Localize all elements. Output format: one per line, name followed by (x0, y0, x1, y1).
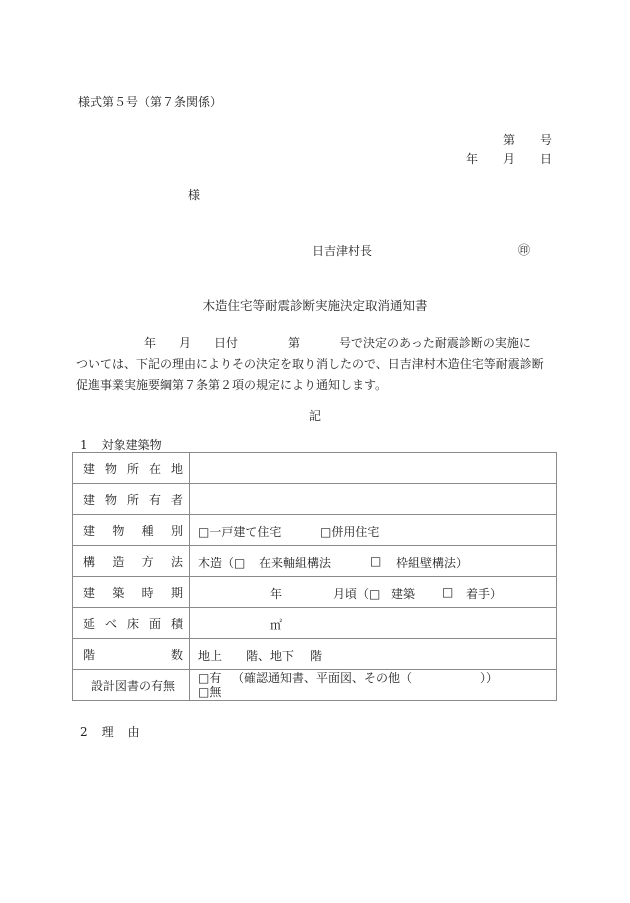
value-construction-period: 年 月頃（□ 建築 □ 着手） (190, 577, 557, 608)
value-owner[interactable] (190, 484, 557, 515)
body-dated: 日付 (214, 333, 238, 354)
checkbox-started[interactable]: □ (442, 585, 453, 599)
body-dai: 第 (288, 333, 300, 354)
section-2-label-1: 理 (102, 725, 114, 739)
label-floor-area: 延べ床面積 (73, 608, 190, 639)
option-conventional-frame: 在来軸組構法 (259, 554, 331, 571)
checkbox-docs-no[interactable]: □無 (198, 685, 221, 699)
label-location: 建物所在地 (73, 453, 190, 484)
docs-yes-detail: （確認通知書、平面図、その他（ (232, 671, 412, 685)
label-building-type: 建物種別 (73, 515, 190, 546)
body-month: 月 (179, 333, 191, 354)
table-row-floor-area: 延べ床面積 ㎡ (73, 608, 557, 639)
section-1-label: 対象建築物 (102, 438, 162, 452)
period-year: 年 (270, 585, 282, 602)
value-construction-method: 木造（□ 在来軸組構法 □ 枠組壁構法） (190, 546, 557, 577)
body-rest: 号で決定のあった耐震診断の実施に (339, 333, 531, 354)
date-year: 年 (466, 150, 478, 167)
wood-prefix-checkbox[interactable]: 木造（□ (198, 554, 245, 571)
body-line-3: 促進事業実施要綱第７条第２項の規定により通知します。 (76, 375, 556, 396)
label-owner: 建物所有者 (73, 484, 190, 515)
body-line-2: ついては、下記の理由によりその決定を取り消したので、日吉津村木造住宅等耐震診断 (76, 354, 556, 375)
section-2-number: 2 (80, 725, 88, 739)
table-row-building-type: 建物種別 □一戸建て住宅 □併用住宅 (73, 515, 557, 546)
notice-body: 年 月 日付 第 号で決定のあった耐震診断の実施に ついては、下記の理由によりそ… (76, 333, 556, 396)
date-month: 月 (503, 150, 515, 167)
checkbox-detached-house[interactable]: □一戸建て住宅 (198, 523, 281, 540)
checkbox-docs-yes[interactable]: □有 (198, 671, 221, 685)
doc-number-go: 号 (540, 131, 552, 148)
period-month-checkbox[interactable]: 月頃（□ (333, 585, 380, 602)
issuer-name: 日吉津村長 (312, 242, 372, 259)
checkbox-mixed-use-house[interactable]: □併用住宅 (320, 523, 379, 540)
section-1-heading: 1対象建築物 (80, 436, 162, 453)
table-row-floors: 階数 地上 階、地下 階 (73, 639, 557, 670)
body-text-2: ついては、下記の理由によりその決定を取り消したので、日吉津村木造住宅等耐震診断 (76, 354, 544, 375)
body-text-3: 促進事業実施要綱第７条第２項の規定により通知します。 (76, 375, 387, 396)
area-unit: ㎡ (270, 616, 282, 633)
value-floor-area[interactable]: ㎡ (190, 608, 557, 639)
option-built: 建築 (391, 585, 415, 602)
body-year: 年 (144, 333, 156, 354)
value-design-docs: □有 （確認通知書、平面図、その他（ ）） □無 (190, 670, 557, 701)
value-floors[interactable]: 地上 階、地下 階 (190, 639, 557, 670)
addressee-suffix: 様 (188, 186, 200, 203)
label-floors: 階数 (73, 639, 190, 670)
label-construction-period: 建築時期 (73, 577, 190, 608)
table-row-construction-period: 建築時期 年 月頃（□ 建築 □ 着手） (73, 577, 557, 608)
doc-number-dai: 第 (503, 131, 515, 148)
document-title: 木造住宅等耐震診断実施決定取消通知書 (0, 296, 630, 314)
checkbox-two-by-four[interactable]: □ (370, 554, 381, 568)
table-row-construction-method: 構造方法 木造（□ 在来軸組構法 □ 枠組壁構法） (73, 546, 557, 577)
property-table: 建物所在地 建物所有者 建物種別 □一戸建て住宅 □併用住宅 構造方法 (72, 452, 557, 701)
form-number: 様式第５号（第７条関係） (78, 93, 222, 110)
value-location[interactable] (190, 453, 557, 484)
table-row-design-docs: 設計図書の有無 □有 （確認通知書、平面図、その他（ ）） □無 (73, 670, 557, 701)
date-day: 日 (540, 150, 552, 167)
option-started: 着手） (466, 585, 502, 602)
seal-icon: ㊞ (518, 241, 530, 258)
section-1-number: 1 (80, 438, 88, 452)
section-2-label-2: 由 (128, 725, 140, 739)
docs-yes-close: ）） (480, 671, 498, 685)
ki-heading: 記 (0, 407, 630, 424)
label-construction-method: 構造方法 (73, 546, 190, 577)
label-design-docs: 設計図書の有無 (73, 670, 190, 701)
option-two-by-four: 枠組壁構法） (396, 554, 468, 571)
floors-below-label: 階、地下 (246, 647, 294, 664)
section-2-heading: 2理由 (80, 723, 140, 740)
value-building-type: □一戸建て住宅 □併用住宅 (190, 515, 557, 546)
body-line-1: 年 月 日付 第 号で決定のあった耐震診断の実施に (76, 333, 556, 354)
floors-below-unit: 階 (310, 647, 322, 664)
floors-above-label: 地上 (198, 647, 222, 664)
table-row-owner: 建物所有者 (73, 484, 557, 515)
table-row-location: 建物所在地 (73, 453, 557, 484)
